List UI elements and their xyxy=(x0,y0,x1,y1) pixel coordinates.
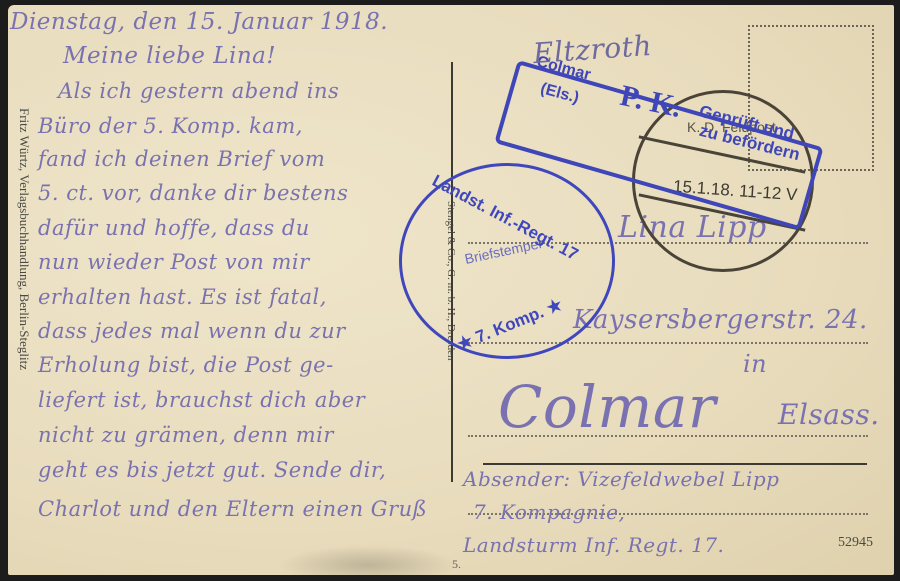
bottom-mark: 5. xyxy=(452,557,461,572)
salutation: Meine liebe Lina! xyxy=(63,43,276,69)
street: Kaysersbergerstr. 24. xyxy=(573,305,868,335)
message-line: erhalten hast. Es ist fatal, xyxy=(38,285,327,309)
message-line: nicht zu grämen, denn mir xyxy=(38,423,334,447)
stain xyxy=(278,545,458,575)
sender-line: 7. Kompagnie, xyxy=(473,500,625,524)
date-line: Dienstag, den 15. Januar 1918. xyxy=(10,9,388,35)
sender-line: Landsturm Inf. Regt. 17. xyxy=(463,533,724,557)
address-underline xyxy=(483,463,867,465)
publisher-imprint: Fritz Würtz, Verlagsbuchhandlung, Berlin… xyxy=(16,108,32,370)
message-line: Büro der 5. Komp. kam, xyxy=(38,114,303,138)
message-line: liefert ist, brauchst dich aber xyxy=(38,388,365,412)
message-line: 5. ct. vor, danke dir bestens xyxy=(38,181,348,205)
message-line: geht es bis jetzt gut. Sende dir, xyxy=(38,458,386,482)
message-line: Als ich gestern abend ins xyxy=(58,79,339,103)
message-line: Charlot und den Eltern einen Gruß xyxy=(38,497,427,521)
message-line: nun wieder Post von mir xyxy=(38,250,310,274)
message-line: fand ich deinen Brief vom xyxy=(38,147,325,171)
card-number: 52945 xyxy=(838,535,873,551)
region: Elsass. xyxy=(778,398,880,431)
postcard: Dienstag, den 15. Januar 1918. Meine lie… xyxy=(8,5,894,575)
city: Colmar xyxy=(498,373,716,441)
preposition: in xyxy=(743,350,767,378)
censor-signature: Eltzroth xyxy=(532,29,653,70)
message-line: dass jedes mal wenn du zur xyxy=(38,319,346,343)
message-line: dafür und hoffe, dass du xyxy=(38,216,310,240)
message-line: Erholung bist, die Post ge- xyxy=(38,353,334,377)
sender-line: Absender: Vizefeldwebel Lipp xyxy=(463,467,779,491)
